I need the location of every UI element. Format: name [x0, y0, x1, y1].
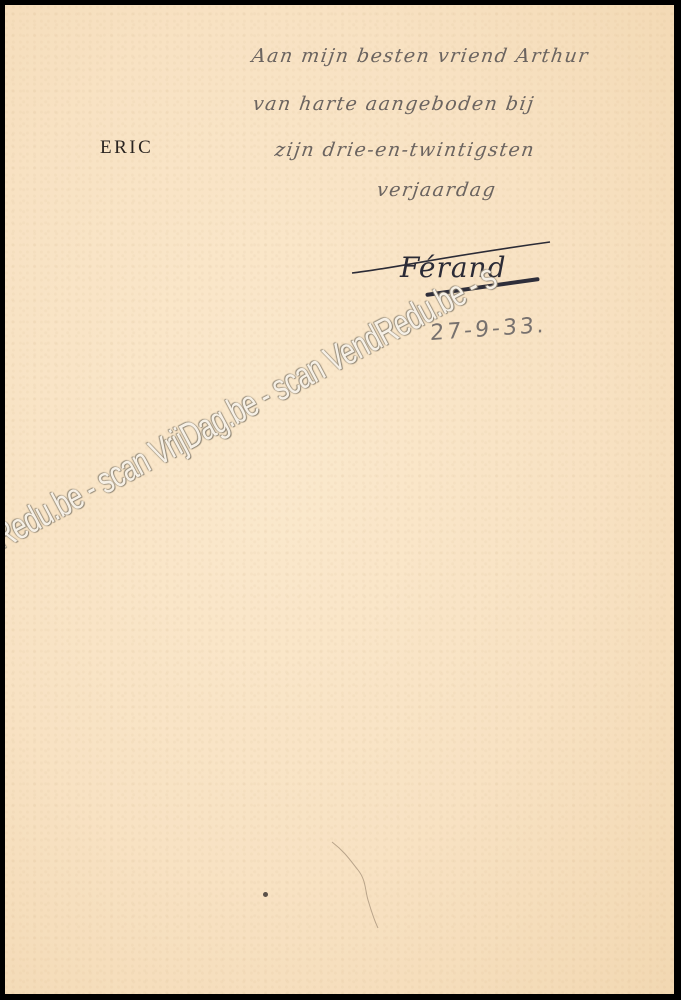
printed-title: ERIC [100, 137, 153, 159]
inscription-line-2: van harte aangeboden bij [251, 93, 536, 115]
page-scan: ERIC Aan mijn besten vriend Arthur van h… [5, 5, 674, 994]
paper-crease-icon [330, 840, 390, 930]
inscription-line-1: Aan mijn besten vriend Arthur [250, 45, 590, 67]
inscription-line-4: verjaardag [375, 179, 497, 201]
inscription-line-3: zijn drie-en-twintigsten [273, 139, 536, 161]
paper-speck [263, 892, 268, 897]
watermark: VendRedu.be - scan VrijDag.be - scan Ven… [5, 209, 591, 584]
